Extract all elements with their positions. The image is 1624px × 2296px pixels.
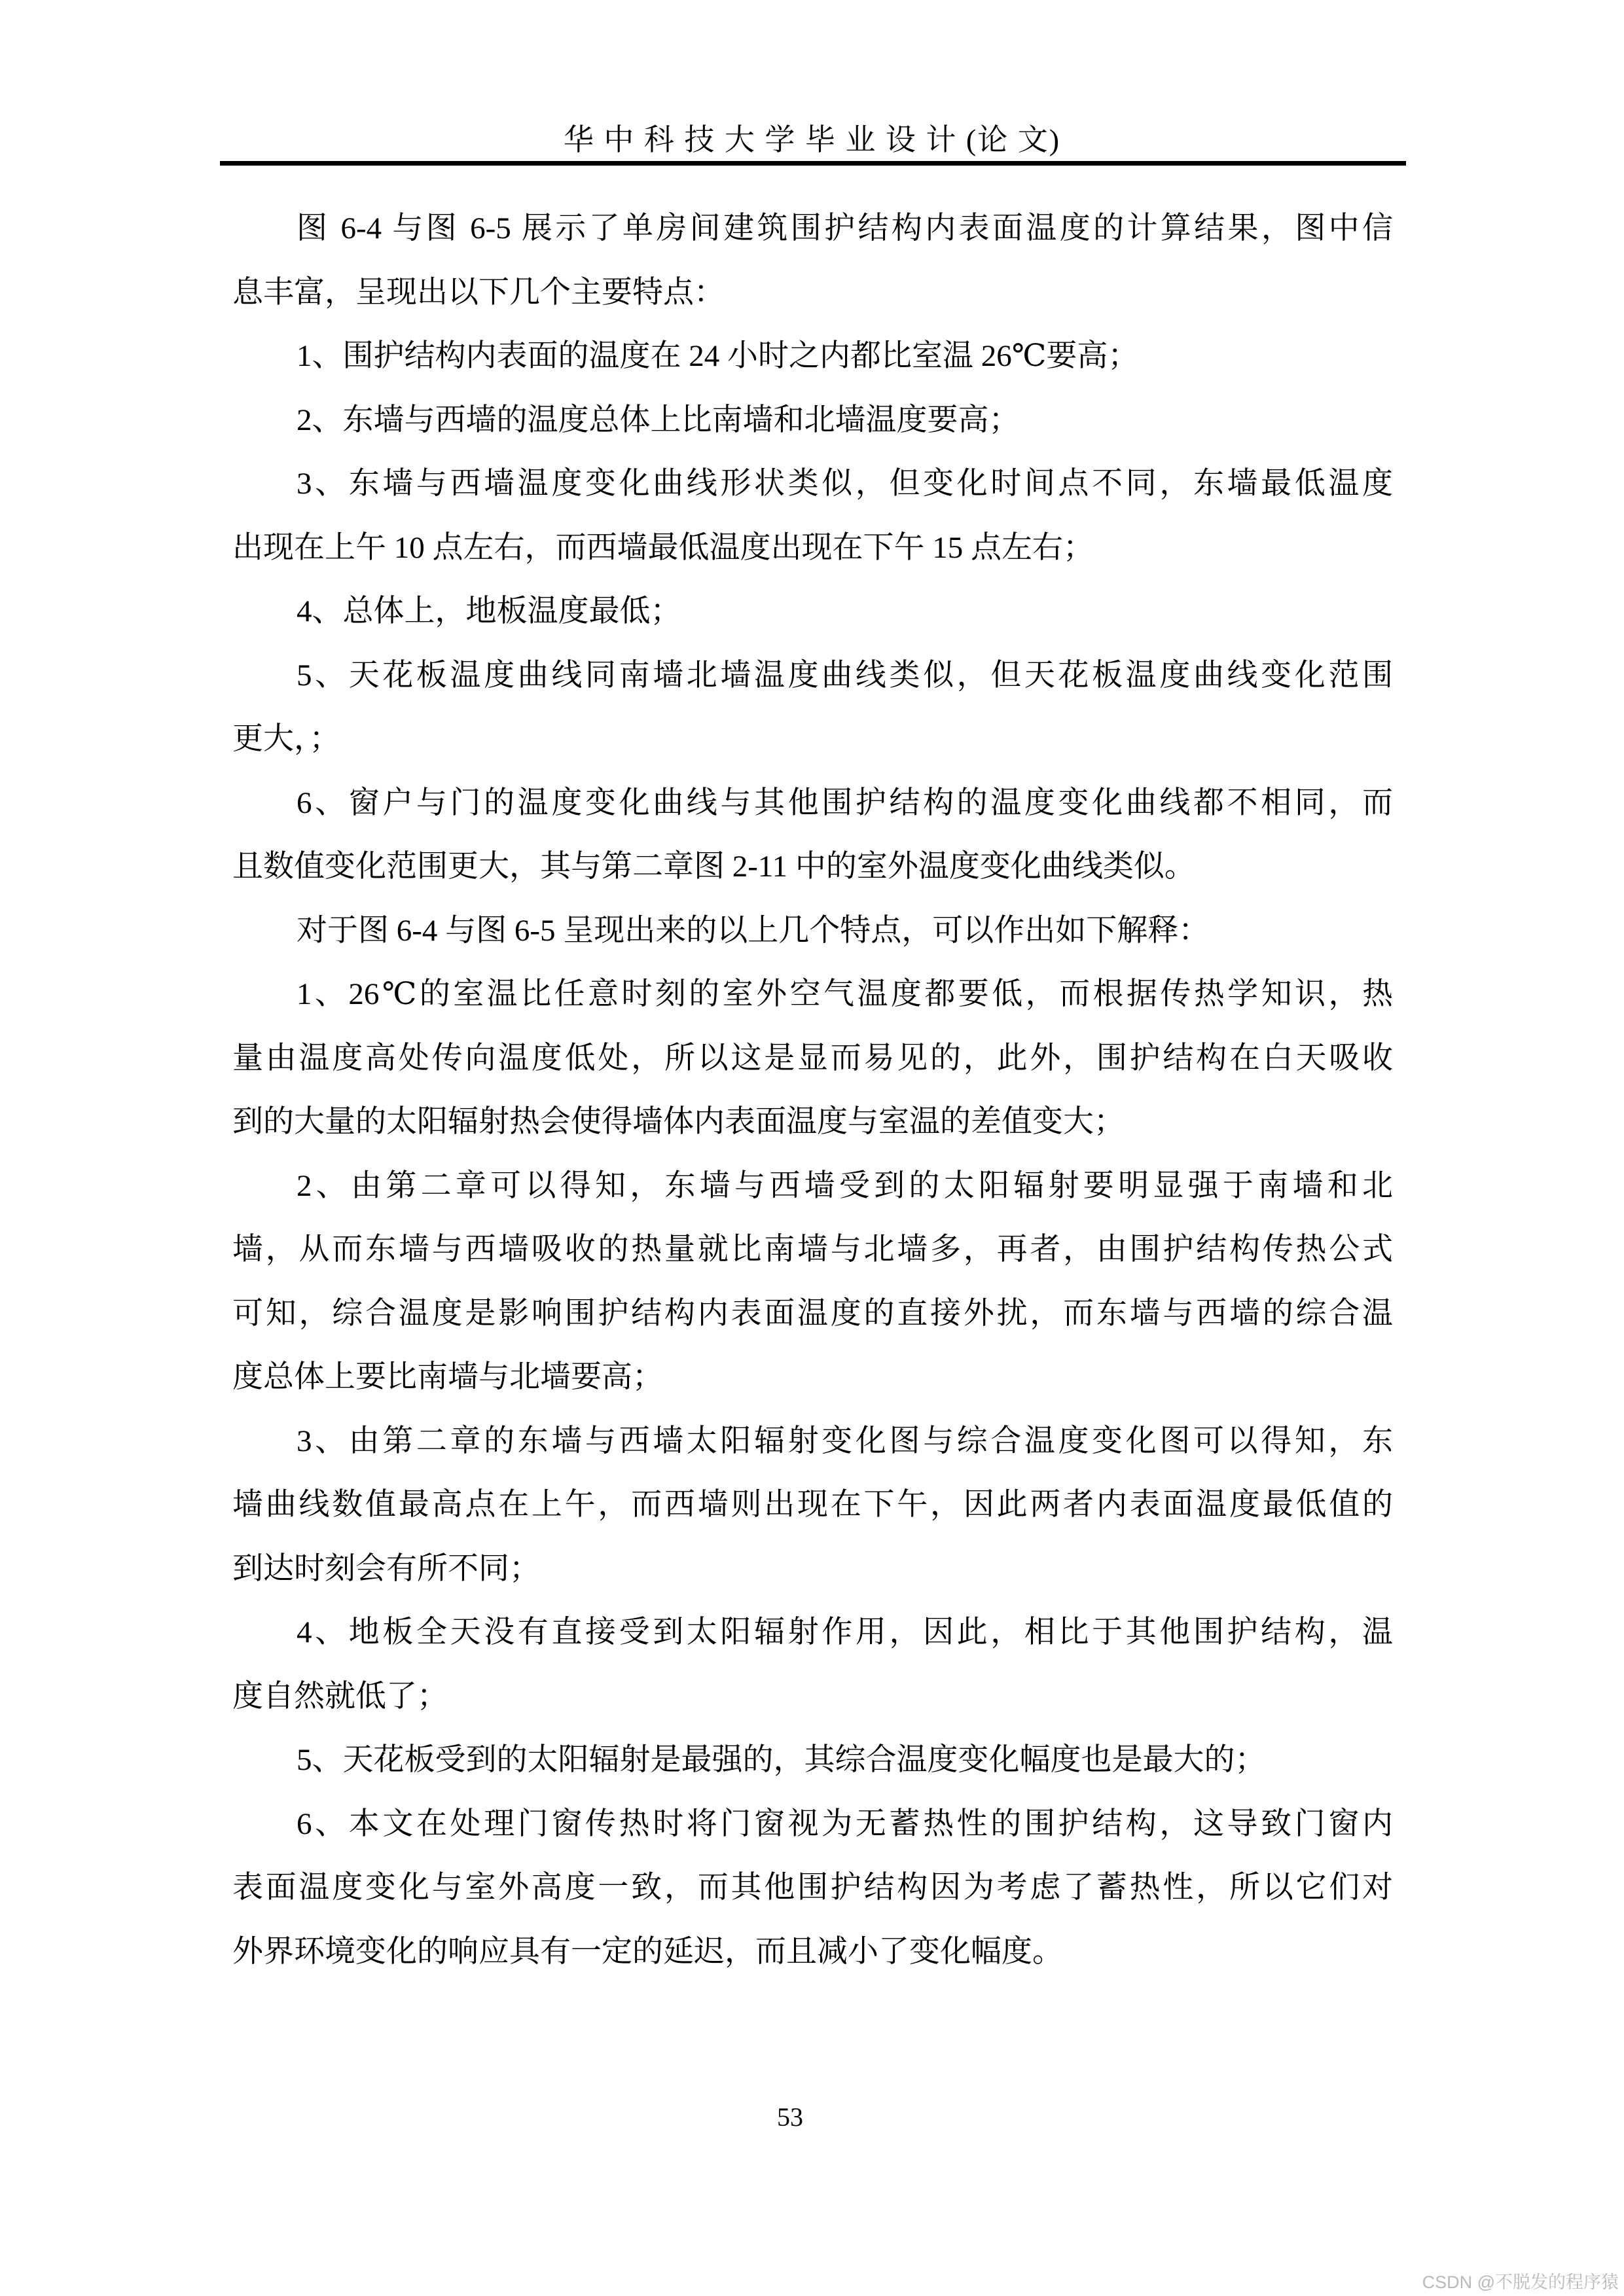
text-line: 对于图 6-4 与图 6-5 呈现出来的以上几个特点，可以作出如下解释： [232,899,1393,963]
text-line: 4、地板全天没有直接受到太阳辐射作用，因此，相比于其他围护结构，温 [232,1601,1393,1665]
document-body: 图 6-4 与图 6-5 展示了单房间建筑围护结构内表面温度的计算结果，图中信息… [232,197,1393,1984]
text-line: 量由温度高处传向温度低处，所以这是显而易见的，此外，围护结构在白天吸收 [232,1027,1393,1091]
paragraph: 对于图 6-4 与图 6-5 呈现出来的以上几个特点，可以作出如下解释： [232,899,1393,963]
paragraph: 5、天花板受到的太阳辐射是最强的，其综合温度变化幅度也是最大的； [232,1729,1393,1793]
text-line: 到的大量的太阳辐射热会使得墙体内表面温度与室温的差值变大； [232,1090,1393,1155]
page-number: 53 [0,2102,1580,2132]
text-line: 更大，； [232,708,1393,772]
paragraph: 5、天花板温度曲线同南墙北墙温度曲线类似，但天花板温度曲线变化范围更大，； [232,644,1393,772]
paragraph: 2、东墙与西墙的温度总体上比南墙和北墙温度要高； [232,389,1393,453]
document-page: 华 中 科 技 大 学 毕 业 设 计 (论 文) 图 6-4 与图 6-5 展… [0,0,1624,2296]
text-line: 可知，综合温度是影响围护结构内表面温度的直接外扰，而东墙与西墙的综合温 [232,1282,1393,1346]
text-line: 1、26℃的室温比任意时刻的室外空气温度都要低，而根据传热学知识，热 [232,963,1393,1027]
header-rule [220,161,1406,166]
paragraph: 3、由第二章的东墙与西墙太阳辐射变化图与综合温度变化图可以得知，东墙曲线数值最高… [232,1410,1393,1602]
text-line: 外界环境变化的响应具有一定的延迟，而且减小了变化幅度。 [232,1920,1393,1984]
paragraph: 1、围护结构内表面的温度在 24 小时之内都比室温 26℃要高； [232,325,1393,389]
paragraph: 6、本文在处理门窗传热时将门窗视为无蓄热性的围护结构，这导致门窗内表面温度变化与… [232,1793,1393,1984]
text-line: 出现在上午 10 点左右，而西墙最低温度出现在下午 15 点左右； [232,516,1393,581]
text-line: 4、总体上，地板温度最低； [232,580,1393,644]
paragraph: 4、地板全天没有直接受到太阳辐射作用，因此，相比于其他围护结构，温度自然就低了； [232,1601,1393,1729]
text-line: 度自然就低了； [232,1665,1393,1729]
text-line: 墙，从而东墙与西墙吸收的热量就比南墙与北墙多，再者，由围护结构传热公式 [232,1218,1393,1282]
text-line: 3、东墙与西墙温度变化曲线形状类似，但变化时间点不同，东墙最低温度 [232,452,1393,516]
text-line: 息丰富，呈现出以下几个主要特点： [232,261,1393,325]
text-line: 1、围护结构内表面的温度在 24 小时之内都比室温 26℃要高； [232,325,1393,389]
paragraph: 6、窗户与门的温度变化曲线与其他围护结构的温度变化曲线都不相同，而且数值变化范围… [232,772,1393,899]
text-line: 到达时刻会有所不同； [232,1537,1393,1602]
text-line: 2、东墙与西墙的温度总体上比南墙和北墙温度要高； [232,389,1393,453]
paragraph: 4、总体上，地板温度最低； [232,580,1393,644]
text-line: 6、本文在处理门窗传热时将门窗视为无蓄热性的围护结构，这导致门窗内 [232,1793,1393,1857]
text-line: 图 6-4 与图 6-5 展示了单房间建筑围护结构内表面温度的计算结果，图中信 [232,197,1393,261]
paragraph: 图 6-4 与图 6-5 展示了单房间建筑围护结构内表面温度的计算结果，图中信息… [232,197,1393,325]
text-line: 5、天花板受到的太阳辐射是最强的，其综合温度变化幅度也是最大的； [232,1729,1393,1793]
text-line: 且数值变化范围更大，其与第二章图 2-11 中的室外温度变化曲线类似。 [232,835,1393,899]
text-line: 2、由第二章可以得知，东墙与西墙受到的太阳辐射要明显强于南墙和北 [232,1155,1393,1219]
text-line: 表面温度变化与室外高度一致，而其他围护结构因为考虑了蓄热性，所以它们对 [232,1856,1393,1920]
paragraph: 1、26℃的室温比任意时刻的室外空气温度都要低，而根据传热学知识，热量由温度高处… [232,963,1393,1155]
paragraph: 3、东墙与西墙温度变化曲线形状类似，但变化时间点不同，东墙最低温度出现在上午 1… [232,452,1393,580]
text-line: 度总体上要比南墙与北墙要高； [232,1346,1393,1410]
text-line: 3、由第二章的东墙与西墙太阳辐射变化图与综合温度变化图可以得知，东 [232,1410,1393,1474]
csdn-watermark: CSDN @不脱发的程序猿 [1422,2272,1619,2292]
paragraph: 2、由第二章可以得知，东墙与西墙受到的太阳辐射要明显强于南墙和北墙，从而东墙与西… [232,1155,1393,1410]
text-line: 墙曲线数值最高点在上午，而西墙则出现在下午，因此两者内表面温度最低值的 [232,1473,1393,1537]
text-line: 6、窗户与门的温度变化曲线与其他围护结构的温度变化曲线都不相同，而 [232,772,1393,836]
page-header-title: 华 中 科 技 大 学 毕 业 设 计 (论 文) [0,123,1624,157]
text-line: 5、天花板温度曲线同南墙北墙温度曲线类似，但天花板温度曲线变化范围 [232,644,1393,708]
